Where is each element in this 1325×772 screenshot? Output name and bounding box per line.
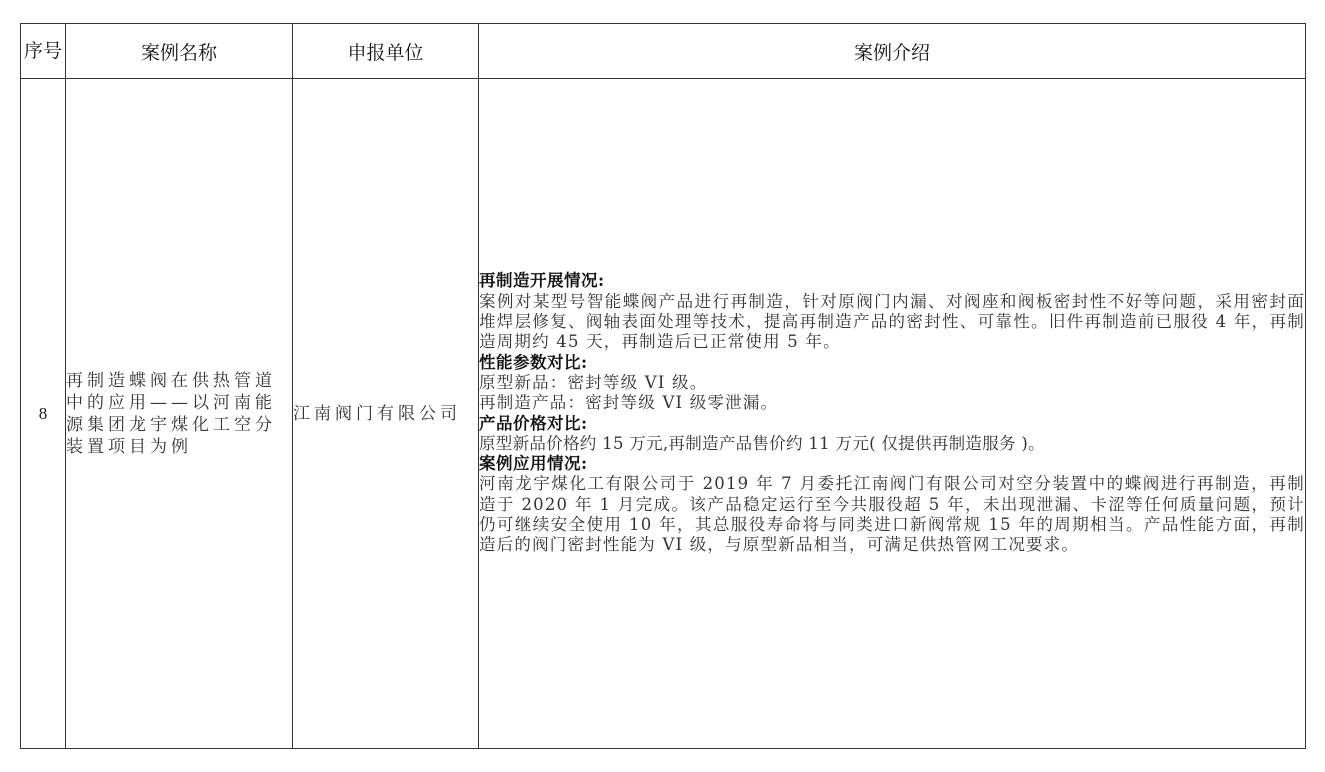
row-seq: 8 [21,79,66,749]
section-heading-price: 产品价格对比: [479,414,1305,434]
row-case-intro: 再制造开展情况: 案例对某型号智能蝶阀产品进行再制造，针对原阀门内漏、对阀座和阀… [479,79,1306,749]
table-row: 8 再制造蝶阀在供热管道中的应用——以河南能源集团龙宇煤化工空分装置项目为例 江… [21,79,1306,749]
section-text-application: 河南龙宇煤化工有限公司于 2019 年 7 月委托江南阀门有限公司对空分装置中的… [479,474,1305,555]
section-heading-application: 案例应用情况: [479,454,1305,474]
header-reporting-unit: 申报单位 [293,24,479,79]
header-seq: 序号 [21,24,66,79]
header-case-intro: 案例介绍 [479,24,1306,79]
row-case-name: 再制造蝶阀在供热管道中的应用——以河南能源集团龙宇煤化工空分装置项目为例 [66,79,293,749]
section-text-price: 原型新品价格约 15 万元,再制造产品售价约 11 万元( 仅提供再制造服务 )… [479,434,1305,454]
section-text-performance-original: 原型新品：密封等级 VI 级。 [479,373,1305,393]
case-table: 序号 案例名称 申报单位 案例介绍 8 再制造蝶阀在供热管道中的应用——以河南能… [20,23,1306,749]
section-text-remanufacturing: 案例对某型号智能蝶阀产品进行再制造，针对原阀门内漏、对阀座和阀板密封性不好等问题… [479,292,1305,353]
section-heading-performance: 性能参数对比: [479,353,1305,373]
header-case-name: 案例名称 [66,24,293,79]
section-text-performance-remanufactured: 再制造产品：密封等级 VI 级零泄漏。 [479,393,1305,413]
header-row: 序号 案例名称 申报单位 案例介绍 [21,24,1306,79]
row-reporting-unit: 江南阀门有限公司 [293,79,479,749]
section-heading-remanufacturing: 再制造开展情况: [479,271,1305,291]
